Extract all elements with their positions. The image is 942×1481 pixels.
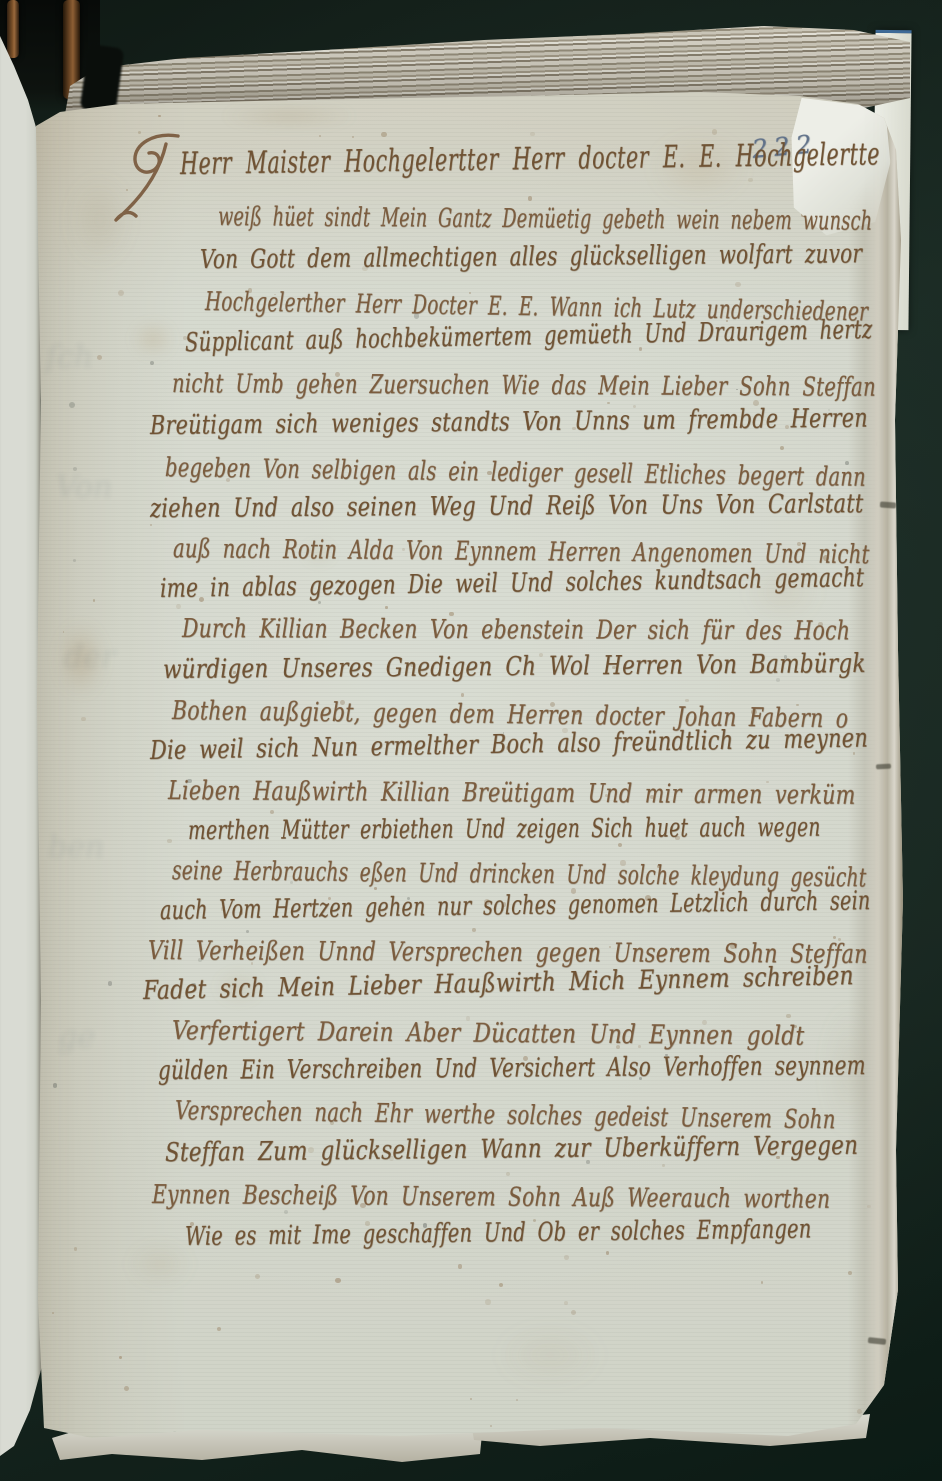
handwriting-line: Steffan Zum glückselligen Wann zur Uberk… — [165, 1131, 858, 1168]
handwriting-line: nicht Umb gehen Zuersuchen Wie das Mein … — [172, 369, 876, 403]
handwriting-line: Wie es mit Ime geschaffen Und Ob er solc… — [185, 1214, 812, 1252]
handwriting-line: Lieben Haußwirth Killian Breütigam Und m… — [168, 776, 856, 811]
handwriting-line: Von Gott dem allmechtigen alles glücksel… — [200, 239, 862, 275]
handwriting-line: begeben Von selbigen als ein lediger ges… — [165, 453, 866, 493]
archive-photograph: ſchVonderbenge 222 Herr Maister Hochgele… — [0, 0, 942, 1481]
handwriting-line: Herr Maister Hochgelertter Herr docter E… — [180, 136, 880, 182]
handwriting-line: gülden Ein Verschreiben Und Versichert A… — [158, 1051, 866, 1086]
handwriting-line: merthen Mütter erbiethen Und zeigen Sich… — [188, 813, 821, 846]
handwriting-line: weiß hüet sindt Mein Gantz Demüetig gebe… — [218, 202, 872, 237]
handwriting-line: ime in ablas gezogen Die weil Und solche… — [160, 563, 865, 604]
handwriting-line: Fadet sich Mein Lieber Haußwirth Mich Ey… — [143, 961, 854, 1006]
facing-page-gutter-edge — [0, 26, 42, 1462]
manuscript-page: ſchVonderbenge 222 Herr Maister Hochgele… — [0, 0, 942, 1481]
handwriting-line: ziehen Und also seinen Weg Und Reiß Von … — [150, 489, 864, 524]
paper-speck — [872, 1403, 878, 1409]
handwriting-line: Süpplicant auß hochbekümertem gemüeth Un… — [185, 315, 873, 358]
handwriting-block: Herr Maister Hochgelertter Herr docter E… — [0, 0, 942, 1481]
handwriting-line: würdigen Unseres Gnedigen Ch Wol Herren … — [163, 649, 866, 685]
handwriting-line: Eynnen Bescheiß Von Unserem Sohn Auß Wee… — [152, 1180, 830, 1215]
binding-rod — [7, 0, 19, 58]
handwriting-line: auch Vom Hertzen gehen nur solches genom… — [160, 886, 871, 926]
handwriting-line: Verfertigert Darein Aber Dücatten Und Ey… — [172, 1016, 805, 1052]
handwriting-line: Durch Killian Becken Von ebenstein Der s… — [182, 614, 850, 646]
handwriting-line: Versprechen nach Ehr werthe solches gede… — [175, 1096, 836, 1135]
handwriting-line: Die weil sich Nun ermelther Boch also fr… — [150, 723, 869, 766]
handwriting-line: Breütigam sich weniges standts Von Unns … — [150, 403, 868, 441]
